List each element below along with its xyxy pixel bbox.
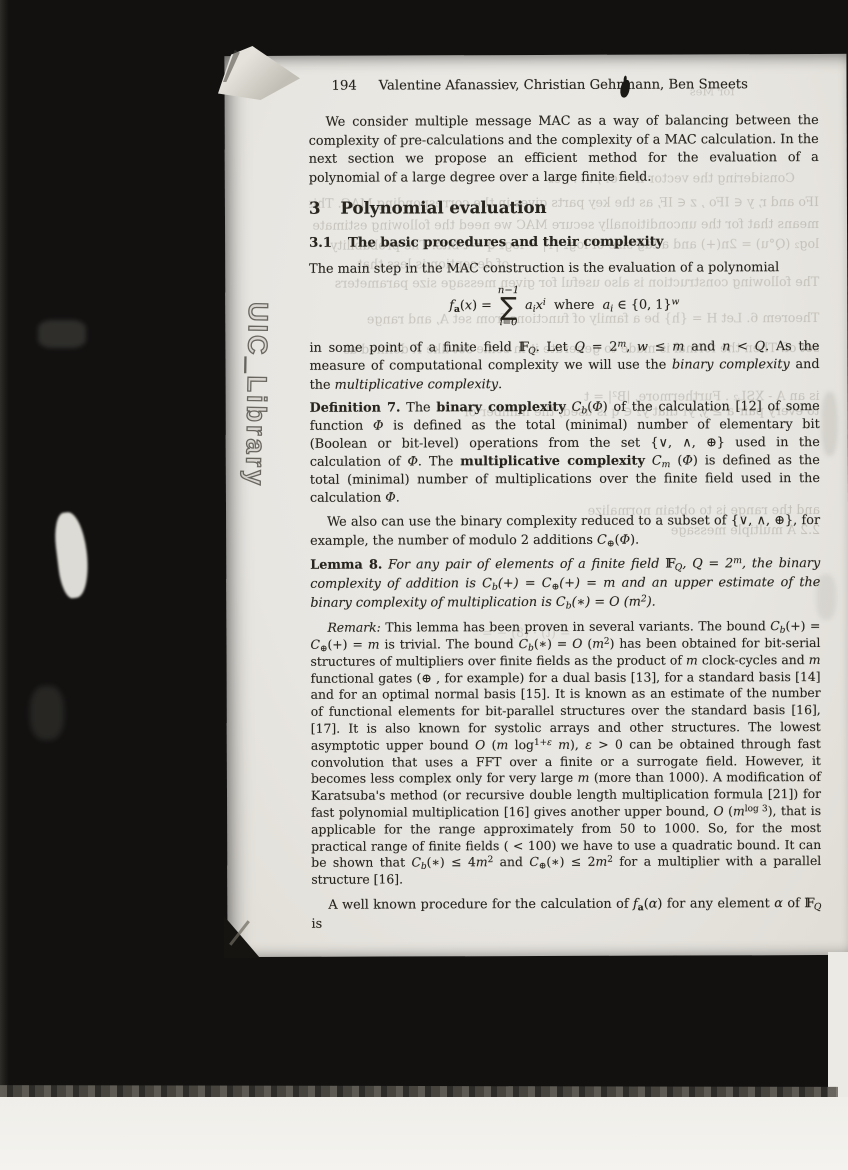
paragraph-remark: Remark: This lemma has been proven in se… xyxy=(310,618,821,889)
bottom-light-strip xyxy=(0,1097,848,1170)
photocopied-paper-scan: Considering the vector n = e₁ , . . . , … xyxy=(0,0,848,1170)
running-authors: Valentine Afanassiev, Christian Gehrmann… xyxy=(379,76,748,96)
definition-7: Definition 7. The binary complexity Cb(Φ… xyxy=(310,398,820,508)
bed-white-blob xyxy=(52,510,92,599)
paragraph-also: We also can use the binary complexity re… xyxy=(310,512,820,551)
sigma-glyph: ∑ xyxy=(500,296,517,318)
paragraph-intro: We consider multiple message MAC as a wa… xyxy=(309,112,819,189)
sum-lower-limit: i=0 xyxy=(500,318,518,328)
library-stamp: UIC_Library xyxy=(237,302,273,582)
section-heading: 3Polynomial evaluation xyxy=(309,196,819,218)
section-number: 3 xyxy=(309,198,321,218)
paragraph-field: in some point of a finite field IFQ. Let… xyxy=(309,338,819,396)
book-page: Considering the vector n = e₁ , . . . , … xyxy=(224,54,848,957)
lemma-8: Lemma 8. For any pair of elements of a f… xyxy=(310,554,820,613)
paragraph-mainstep: The main step in the MAC construction is… xyxy=(309,259,819,280)
text-column: 194 Valentine Afanassiev, Christian Gehr… xyxy=(309,76,822,938)
summation-symbol: n−1 ∑ i=0 xyxy=(498,286,519,328)
subsection-number: 3.1 xyxy=(309,236,332,251)
display-formula: fa(x) = n−1 ∑ i=0 aixi where ai ∈ {0, 1}… xyxy=(309,285,819,329)
formula-lhs: fa(x) = xyxy=(449,297,492,316)
bed-smudge xyxy=(30,686,64,740)
running-header: 194 Valentine Afanassiev, Christian Gehr… xyxy=(309,76,819,97)
paragraph-wellknown: A well known procedure for the calculati… xyxy=(311,895,821,934)
scanner-bed-edge xyxy=(0,0,9,1170)
subsection-heading: 3.1The basic procedures and their comple… xyxy=(309,233,819,254)
page-number: 194 xyxy=(332,78,357,97)
margin-smudge xyxy=(822,392,838,456)
formula-rhs: aixi where ai ∈ {0, 1}w xyxy=(525,297,679,316)
subsection-title: The basic procedures and their complexit… xyxy=(348,235,663,251)
bed-smudge xyxy=(38,320,86,348)
bed-gap-light xyxy=(828,952,848,1100)
section-title: Polynomial evaluation xyxy=(340,197,546,218)
